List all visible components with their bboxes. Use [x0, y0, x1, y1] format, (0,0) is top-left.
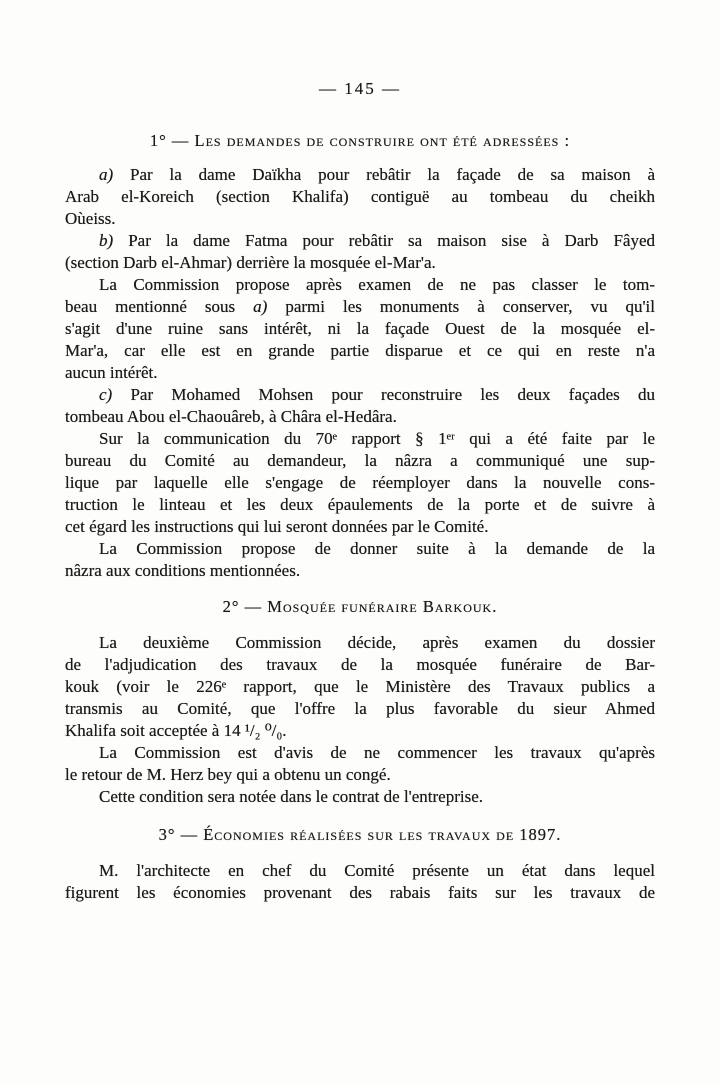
- paragraph-c: c) Par Mohamed Mohsen pour reconstruire …: [65, 384, 655, 428]
- scanned-book-page: — 145 — 1° — Les demandes de construire …: [0, 0, 720, 1082]
- text-line: de l'adjudication des travaux de la mosq…: [65, 654, 655, 676]
- text-line: La Commission propose de donner suite à …: [65, 538, 655, 560]
- text-line: figurent les économies provenant des rab…: [65, 882, 655, 904]
- text-line: le retour de M. Herz bey qui a obtenu un…: [65, 764, 655, 786]
- text-line: La Commission propose après examen de ne…: [65, 274, 655, 296]
- text-segment: parmi les monuments à conserver, vu qu'i…: [267, 297, 655, 316]
- section-3-heading: 3° — Économies réalisées sur les travaux…: [65, 824, 655, 846]
- text-line: Khalifa soit acceptée à 14 ¹/₂ ⁰/₀.: [65, 720, 655, 742]
- paragraph-commission-suite: La Commission propose de donner suite à …: [65, 538, 655, 582]
- section-2-heading: 2° — Mosquée funéraire Barkouk.: [65, 596, 655, 618]
- text-line: Cette condition sera notée dans le contr…: [65, 786, 655, 808]
- paragraph-communication-rapport: Sur la communication du 70ᵉ rapport § 1ᵉ…: [65, 428, 655, 538]
- paragraph-b: b) Par la dame Fatma pour rebâtir sa mai…: [65, 230, 655, 274]
- text-line: M. l'architecte en chef du Comité présen…: [65, 860, 655, 882]
- text-line: cet égard les instructions qui lui seron…: [65, 516, 655, 538]
- paragraph-commission-tombeau: La Commission propose après examen de ne…: [65, 274, 655, 384]
- text-line: La deuxième Commission décide, après exa…: [65, 632, 655, 654]
- item-ref-a: a): [253, 297, 267, 316]
- item-marker-b: b): [99, 231, 113, 250]
- text-line: a) Par la dame Daïkha pour rebâtir la fa…: [65, 164, 655, 186]
- text-line: (section Darb el-Ahmar) derrière la mosq…: [65, 252, 655, 274]
- text-line: Sur la communication du 70ᵉ rapport § 1ᵉ…: [65, 428, 655, 450]
- paragraph-herz-bey: La Commission est d'avis de ne commencer…: [65, 742, 655, 786]
- text-line: kouk (voir le 226ᵉ rapport, que le Minis…: [65, 676, 655, 698]
- paragraph-architecte-etat: M. l'architecte en chef du Comité présen…: [65, 860, 655, 904]
- text-segment: Par la dame Fatma pour rebâtir sa maison…: [113, 231, 655, 250]
- text-segment: Par la dame Daïkha pour rebâtir la façad…: [113, 165, 655, 184]
- section-1-heading: 1° — Les demandes de construire ont été …: [65, 130, 655, 152]
- paragraph-adjudication: La deuxième Commission décide, après exa…: [65, 632, 655, 742]
- text-segment: Par Mohamed Mohsen pour reconstruire les…: [112, 385, 655, 404]
- text-line: bureau du Comité au demandeur, la nâzra …: [65, 450, 655, 472]
- text-line: La Commission est d'avis de ne commencer…: [65, 742, 655, 764]
- text-line: transmis au Comité, que l'offre la plus …: [65, 698, 655, 720]
- paragraph-condition-contrat: Cette condition sera notée dans le contr…: [65, 786, 655, 808]
- text-line: b) Par la dame Fatma pour rebâtir sa mai…: [65, 230, 655, 252]
- item-marker-a: a): [99, 165, 113, 184]
- paragraph-a: a) Par la dame Daïkha pour rebâtir la fa…: [65, 164, 655, 230]
- text-line: Arab el-Koreich (section Khalifa) contig…: [65, 186, 655, 208]
- text-line: s'agit d'une ruine sans intérêt, ni la f…: [65, 318, 655, 340]
- page-number: — 145 —: [65, 78, 655, 100]
- text-line: nâzra aux conditions mentionnées.: [65, 560, 655, 582]
- item-marker-c: c): [99, 385, 112, 404]
- text-line: Mar'a, car elle est en grande partie dis…: [65, 340, 655, 362]
- text-line: beau mentionné sous a) parmi les monumen…: [65, 296, 655, 318]
- text-segment: beau mentionné sous: [65, 297, 253, 316]
- text-line: tombeau Abou el-Chaouâreb, à Châra el-He…: [65, 406, 655, 428]
- text-line: c) Par Mohamed Mohsen pour reconstruire …: [65, 384, 655, 406]
- text-line: lique par laquelle elle s'engage de réem…: [65, 472, 655, 494]
- text-line: aucun intérêt.: [65, 362, 655, 384]
- text-line: Oùeiss.: [65, 208, 655, 230]
- text-line: truction le linteau et les deux épauleme…: [65, 494, 655, 516]
